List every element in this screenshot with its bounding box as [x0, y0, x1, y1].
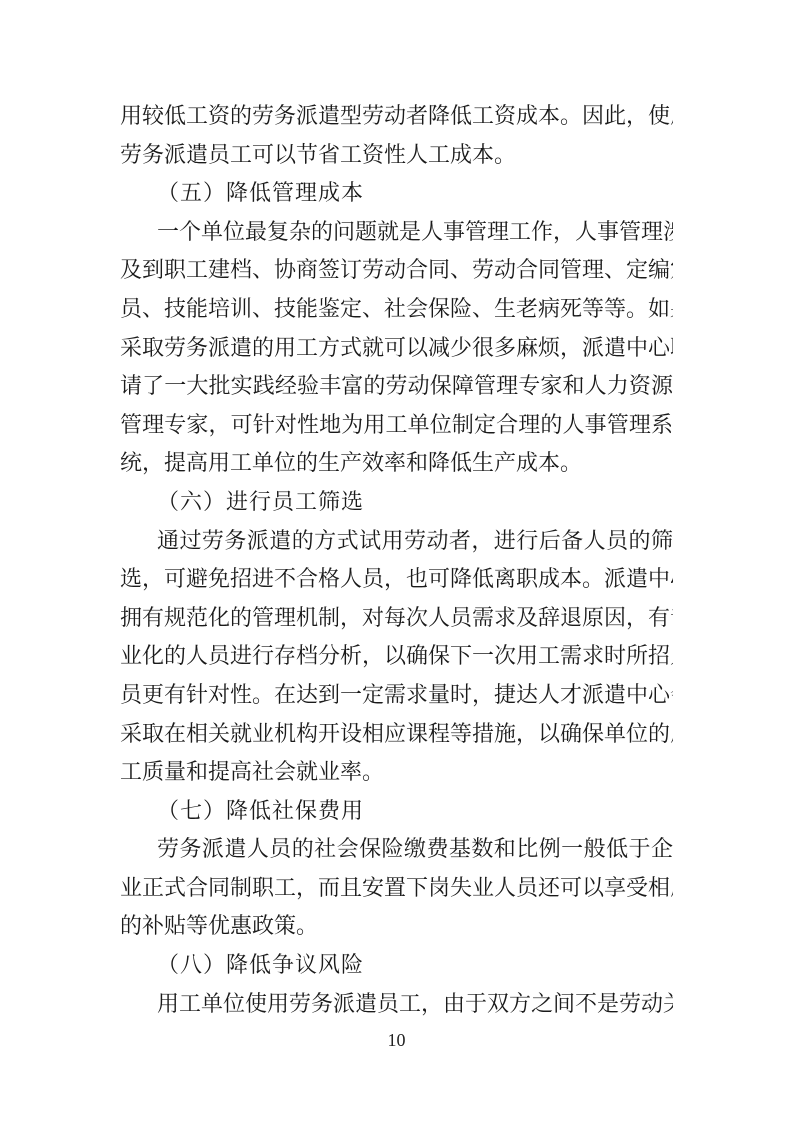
text-line: 业化的人员进行存档分析，以确保下一次用工需求时所招人 — [120, 638, 673, 677]
paragraph-first-line: 用工单位使用劳务派遣员工，由于双方之间不是劳动关 — [120, 986, 673, 1025]
text-line: 统，提高用工单位的生产效率和降低生产成本。 — [120, 445, 673, 484]
paragraph-first-line: 劳务派遣人员的社会保险缴费基数和比例一般低于企 — [120, 831, 673, 870]
section-heading-6: （六）进行员工筛选 — [120, 484, 673, 523]
document-page: 用较低工资的劳务派遣型劳动者降低工资成本。因此，使用 劳务派遣员工可以节省工资性… — [0, 0, 793, 1122]
text-line: 的补贴等优惠政策。 — [120, 908, 673, 947]
paragraph-first-line: 通过劳务派遣的方式试用劳动者，进行后备人员的筛 — [120, 523, 673, 562]
paragraph-first-line: 一个单位最复杂的问题就是人事管理工作，人事管理涉 — [120, 214, 673, 253]
text-line: 采取在相关就业机构开设相应课程等措施，以确保单位的用 — [120, 716, 673, 755]
text-line: 劳务派遣员工可以节省工资性人工成本。 — [120, 137, 673, 176]
text-line: 员、技能培训、技能鉴定、社会保险、生老病死等等。如果 — [120, 291, 673, 330]
text-line: 用较低工资的劳务派遣型劳动者降低工资成本。因此，使用 — [120, 98, 673, 137]
text-line: 选，可避免招进不合格人员，也可降低离职成本。派遣中心 — [120, 561, 673, 600]
text-line: 请了一大批实践经验丰富的劳动保障管理专家和人力资源 — [120, 368, 673, 407]
text-line: 采取劳务派遣的用工方式就可以减少很多麻烦，派遣中心聘 — [120, 330, 673, 369]
page-number: 10 — [0, 1030, 793, 1051]
text-line: 及到职工建档、协商签订劳动合同、劳动合同管理、定编定 — [120, 252, 673, 291]
text-line: 员更有针对性。在达到一定需求量时，捷达人才派遣中心会 — [120, 677, 673, 716]
text-line: 业正式合同制职工，而且安置下岗失业人员还可以享受相应 — [120, 870, 673, 909]
section-heading-5: （五）降低管理成本 — [120, 175, 673, 214]
text-line: 管理专家，可针对性地为用工单位制定合理的人事管理系 — [120, 407, 673, 446]
section-heading-8: （八）降低争议风险 — [120, 947, 673, 986]
text-line: 拥有规范化的管理机制，对每次人员需求及辞退原因，有专 — [120, 600, 673, 639]
body-text: 用较低工资的劳务派遣型劳动者降低工资成本。因此，使用 劳务派遣员工可以节省工资性… — [120, 98, 673, 1024]
text-line: 工质量和提高社会就业率。 — [120, 754, 673, 793]
section-heading-7: （七）降低社保费用 — [120, 793, 673, 832]
